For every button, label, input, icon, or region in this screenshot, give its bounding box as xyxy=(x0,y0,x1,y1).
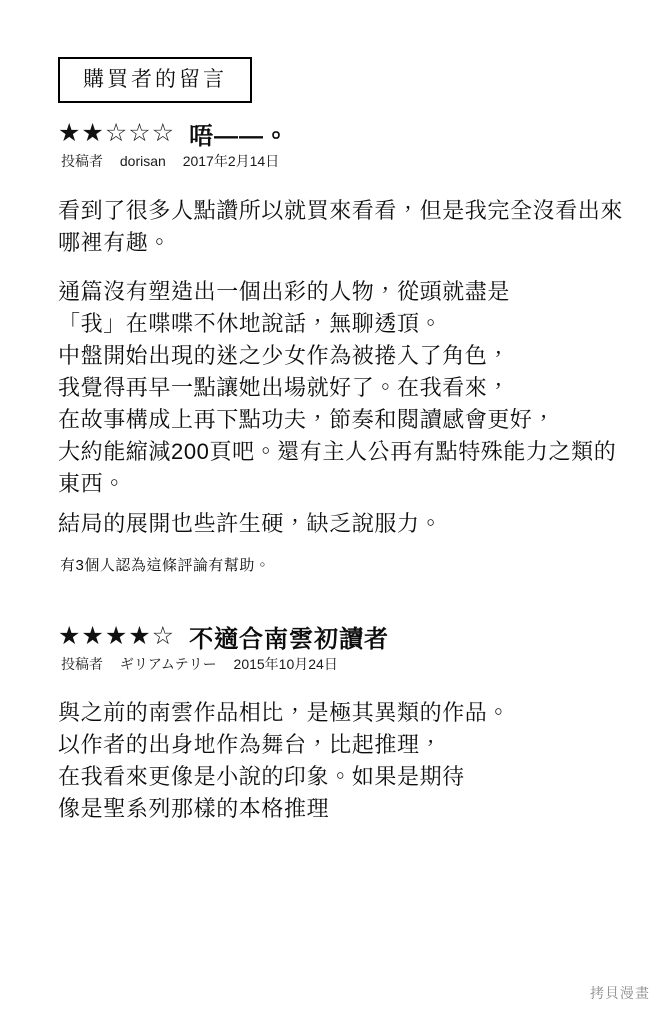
helpful-note: 有3個人認為這條評論有幫助。 xyxy=(60,556,640,576)
review-byline: 投稿者 dorisan 2017年2月14日 xyxy=(61,151,640,171)
review-paragraph: 結局的展開也些許生硬，缺乏說服力。 xyxy=(58,508,640,540)
review-1-header: ★★☆☆☆ 唔——。 xyxy=(58,118,640,148)
byline-label: 投稿者 xyxy=(61,656,103,672)
review-date: 2017年2月14日 xyxy=(183,153,280,169)
review-author: dorisan xyxy=(120,153,166,169)
section-title-box: 購買者的留言 xyxy=(58,57,252,103)
star-rating: ★★★★☆ xyxy=(58,621,175,651)
review-byline: 投稿者 ギリアムテリー 2015年10月24日 xyxy=(61,654,640,674)
watermark: 拷貝漫畫 xyxy=(590,983,650,1003)
review-page: 購買者的留言 ★★☆☆☆ 唔——。 投稿者 dorisan 2017年2月14日… xyxy=(0,0,658,1016)
review-1: ★★☆☆☆ 唔——。 投稿者 dorisan 2017年2月14日 看到了很多人… xyxy=(58,118,640,576)
review-title: 不適合南雲初讀者 xyxy=(189,619,389,654)
review-author: ギリアムテリー xyxy=(120,656,217,672)
review-2: ★★★★☆ 不適合南雲初讀者 投稿者 ギリアムテリー 2015年10月24日 與… xyxy=(58,621,640,825)
byline-label: 投稿者 xyxy=(61,153,103,169)
star-rating: ★★☆☆☆ xyxy=(58,118,175,148)
review-paragraph: 與之前的南雲作品相比，是極其異類的作品。以作者的出身地作為舞台，比起推理，在我看… xyxy=(58,697,640,825)
review-title: 唔——。 xyxy=(189,116,289,151)
review-date: 2015年10月24日 xyxy=(234,656,338,672)
page-content: 購買者的留言 ★★☆☆☆ 唔——。 投稿者 dorisan 2017年2月14日… xyxy=(0,0,658,825)
review-2-header: ★★★★☆ 不適合南雲初讀者 xyxy=(58,621,640,651)
review-paragraph: 看到了很多人點讚所以就買來看看，但是我完全沒看出來哪裡有趣。 xyxy=(58,195,640,259)
review-paragraph: 通篇沒有塑造出一個出彩的人物，從頭就盡是「我」在喋喋不休地說話，無聊透頂。中盤開… xyxy=(58,276,640,500)
section-title: 購買者的留言 xyxy=(83,68,227,91)
